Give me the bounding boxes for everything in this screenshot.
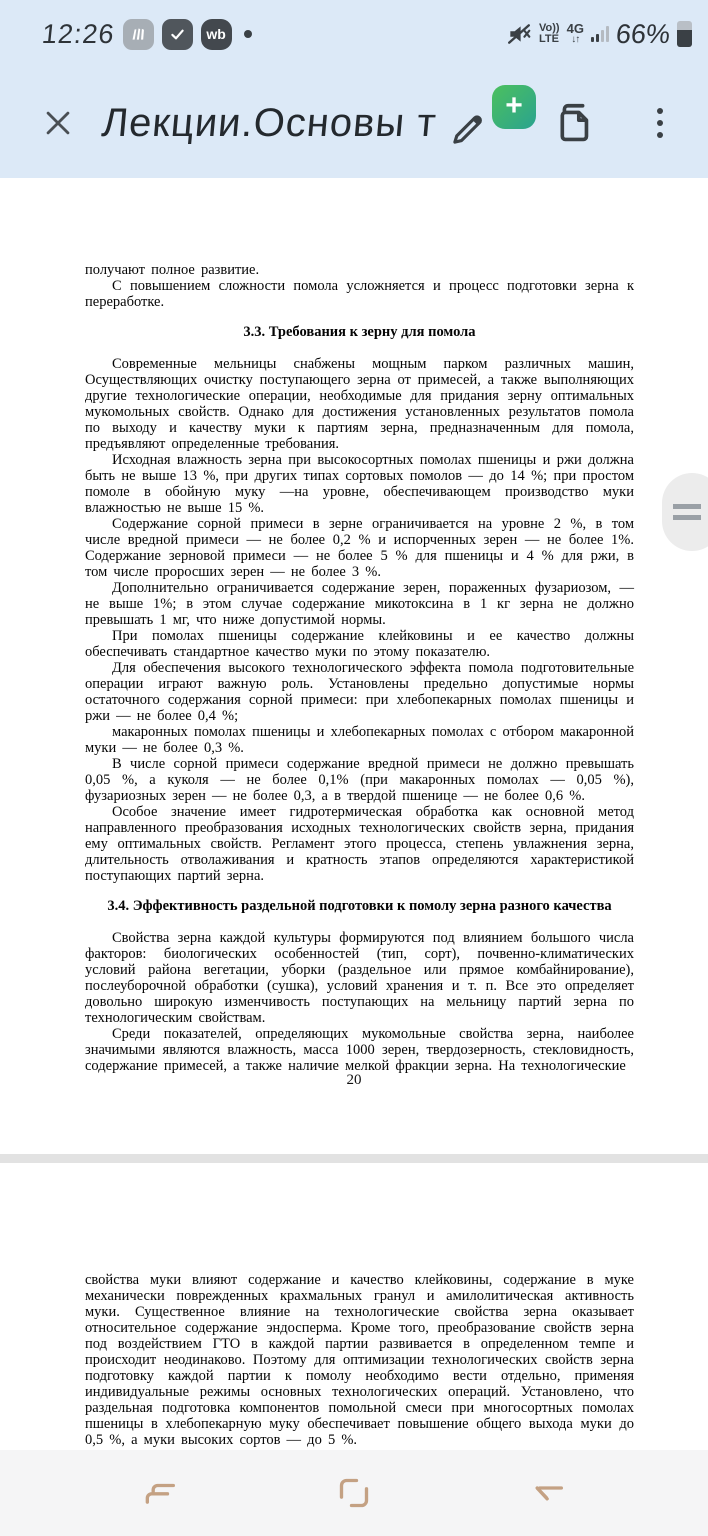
signal-bars-icon bbox=[591, 26, 609, 42]
recents-button[interactable] bbox=[130, 1463, 190, 1523]
recents-icon bbox=[140, 1473, 180, 1513]
home-button[interactable] bbox=[324, 1463, 384, 1523]
network-type-label: 4G bbox=[567, 23, 584, 34]
page-separator bbox=[0, 1154, 708, 1163]
paragraph: Современные мельницы снабжены мощным пар… bbox=[85, 356, 634, 452]
edit-button[interactable] bbox=[446, 107, 490, 151]
fast-scroll-handle[interactable] bbox=[662, 473, 708, 551]
add-annotation-badge[interactable]: + bbox=[492, 85, 536, 129]
overflow-menu-icon bbox=[657, 108, 663, 138]
status-bar-right: Vo)) LTE 4G ↓↑ 66% bbox=[506, 19, 692, 50]
page-1-text: получают полное развитие. С повышением с… bbox=[85, 262, 634, 1074]
back-button[interactable] bbox=[518, 1463, 578, 1523]
battery-icon bbox=[677, 21, 692, 47]
volte-icon: Vo)) LTE bbox=[539, 23, 560, 45]
network-arrows: ↓↑ bbox=[571, 34, 579, 45]
paragraph: Для обеспечения высокого технологическог… bbox=[85, 660, 634, 724]
paragraph: Свойства зерна каждой культуры формируют… bbox=[85, 930, 634, 1026]
copy-button[interactable] bbox=[550, 99, 598, 147]
battery-percent-label: 66% bbox=[614, 19, 671, 50]
phone-screen: 12:26 wb bbox=[0, 0, 708, 1536]
wildberries-app-icon: wb bbox=[201, 19, 232, 50]
overflow-menu-button[interactable] bbox=[642, 99, 678, 147]
volte-bottom-label: LTE bbox=[539, 34, 560, 45]
home-icon bbox=[334, 1473, 374, 1513]
clock: 12:26 bbox=[40, 19, 116, 50]
paragraph: Исходная влажность зерна при высокосортн… bbox=[85, 452, 634, 516]
paragraph: В числе сорной примеси содержание вредно… bbox=[85, 756, 634, 804]
edit-tool-group: + bbox=[446, 95, 496, 151]
paragraph: При помолах пшеницы содержание клейковин… bbox=[85, 628, 634, 660]
paragraph: С повышением сложности помола усложняетс… bbox=[85, 278, 634, 310]
paragraph: свойства муки влияют содержание и качест… bbox=[85, 1272, 634, 1448]
top-blue-zone: 12:26 wb bbox=[0, 0, 708, 178]
edit-pencil-icon bbox=[447, 108, 489, 150]
page-number: 20 bbox=[0, 1072, 708, 1089]
page-2-text: свойства муки влияют содержание и качест… bbox=[85, 1272, 634, 1448]
miro-app-icon bbox=[123, 19, 154, 50]
notification-dot bbox=[244, 30, 252, 38]
plus-icon: + bbox=[505, 91, 523, 121]
navigation-bar bbox=[0, 1450, 708, 1536]
paragraph: Дополнительно ограничивается содержание … bbox=[85, 580, 634, 628]
paragraph: Содержание сорной примеси в зерне ограни… bbox=[85, 516, 634, 580]
status-bar: 12:26 wb bbox=[0, 10, 708, 58]
document-title: Лекции.Основы т bbox=[100, 101, 439, 146]
mute-icon bbox=[506, 21, 532, 47]
paragraph: Среди показателей, определяющих мукомоль… bbox=[85, 1026, 634, 1074]
copy-page-icon bbox=[551, 100, 597, 146]
status-bar-left: 12:26 wb bbox=[42, 19, 252, 50]
section-heading-3-4: 3.4. Эффективность раздельной подготовки… bbox=[85, 898, 634, 914]
scroll-handle-bar bbox=[673, 504, 701, 509]
network-type-icon: 4G ↓↑ bbox=[567, 23, 584, 45]
checkmark-app-icon bbox=[162, 19, 193, 50]
section-heading-3-3: 3.3. Требования к зерну для помола bbox=[85, 324, 634, 340]
wb-label: wb bbox=[206, 26, 225, 42]
paragraph: Особое значение имеет гидротермическая о… bbox=[85, 804, 634, 884]
back-icon bbox=[528, 1473, 568, 1513]
paragraph: макаронных помолах пшеницы и хлебопекарн… bbox=[85, 724, 634, 756]
close-button[interactable] bbox=[36, 101, 80, 145]
document-viewer-header: Лекции.Основы т + bbox=[0, 78, 708, 168]
scroll-handle-bar bbox=[673, 515, 701, 520]
paragraph: получают полное развитие. bbox=[85, 262, 634, 278]
close-icon bbox=[41, 106, 75, 140]
